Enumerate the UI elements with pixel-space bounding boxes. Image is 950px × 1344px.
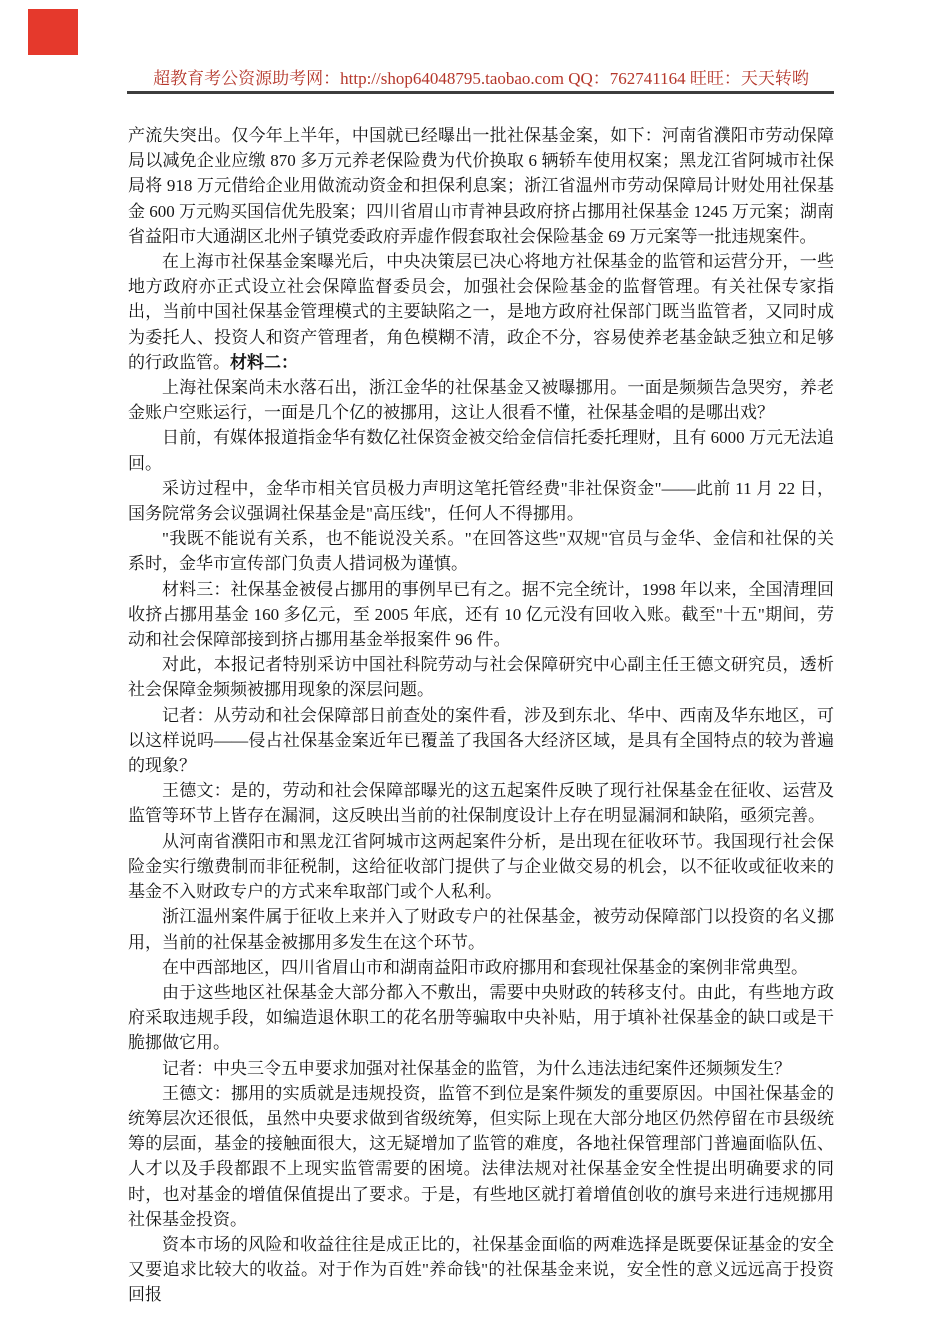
- paragraph: 在中西部地区，四川省眉山市和湖南益阳市政府挪用和套现社保基金的案例非常典型。: [128, 955, 834, 980]
- paragraph-text: 王德文：是的，劳动和社会保障部曝光的这五起案件反映了现行社保基金在征收、运营及监…: [128, 781, 834, 825]
- red-corner-marker: [28, 9, 78, 55]
- paragraph-text: 材料三：社保基金被侵占挪用的事例早已有之。据不完全统计，1998 年以来，全国清…: [128, 580, 834, 649]
- paragraph: 记者：中央三令五申要求加强对社保基金的监管，为什么违法违纪案件还频频发生？: [128, 1056, 834, 1081]
- paragraph-text: 资本市场的风险和收益往往是成正比的，社保基金面临的两难选择是既要保证基金的安全又…: [128, 1235, 834, 1304]
- paragraph: 产流失突出。仅今年上半年，中国就已经曝出一批社保基金案，如下：河南省濮阳市劳动保…: [128, 123, 834, 249]
- paragraph: 在上海市社保基金案曝光后，中央决策层已决心将地方社保基金的监管和运营分开，一些地…: [128, 249, 834, 375]
- paragraph-text: 记者：从劳动和社会保障部日前查处的案件看，涉及到东北、华中、西南及华东地区，可以…: [128, 706, 834, 775]
- site-header-text: 超教育考公资源助考网：http://shop64048795.taobao.co…: [153, 69, 809, 88]
- paragraph-text: 从河南省濮阳市和黑龙江省阿城市这两起案件分析，是出现在征收环节。我国现行社会保险…: [128, 832, 834, 901]
- paragraph: 上海社保案尚未水落石出，浙江金华的社保基金又被曝挪用。一面是频频告急哭穷，养老金…: [128, 375, 834, 425]
- paragraph-text: "我既不能说有关系，也不能说没关系。"在回答这些"双规"官员与金华、金信和社保的…: [128, 529, 834, 573]
- paragraph: 王德文：是的，劳动和社会保障部曝光的这五起案件反映了现行社保基金在征收、运营及监…: [128, 778, 834, 828]
- paragraph: 材料三：社保基金被侵占挪用的事例早已有之。据不完全统计，1998 年以来，全国清…: [128, 577, 834, 653]
- paragraph: 由于这些地区社保基金大部分都入不敷出，需要中央财政的转移支付。由此，有些地方政府…: [128, 980, 834, 1056]
- paragraph-text: 由于这些地区社保基金大部分都入不敷出，需要中央财政的转移支付。由此，有些地方政府…: [128, 983, 834, 1052]
- site-header: 超教育考公资源助考网：http://shop64048795.taobao.co…: [128, 64, 834, 89]
- paragraph-text: 产流失突出。仅今年上半年，中国就已经曝出一批社保基金案，如下：河南省濮阳市劳动保…: [128, 126, 834, 246]
- paragraph-text: 浙江温州案件属于征收上来并入了财政专户的社保基金，被劳动保障部门以投资的名义挪用…: [128, 907, 834, 951]
- paragraph-text: 对此，本报记者特别采访中国社科院劳动与社会保障研究中心副主任王德文研究员，透析社…: [128, 655, 834, 699]
- paragraph-text: 上海社保案尚未水落石出，浙江金华的社保基金又被曝挪用。一面是频频告急哭穷，养老金…: [128, 378, 834, 422]
- paragraph-text: 王德文：挪用的实质就是违规投资，监管不到位是案件频发的重要原因。中国社保基金的统…: [128, 1084, 834, 1229]
- paragraph-text: 记者：中央三令五申要求加强对社保基金的监管，为什么违法违纪案件还频频发生？: [162, 1059, 791, 1078]
- document-body: 产流失突出。仅今年上半年，中国就已经曝出一批社保基金案，如下：河南省濮阳市劳动保…: [128, 123, 834, 1308]
- paragraph-text: 在中西部地区，四川省眉山市和湖南益阳市政府挪用和套现社保基金的案例非常典型。: [162, 958, 808, 977]
- paragraph: 浙江温州案件属于征收上来并入了财政专户的社保基金，被劳动保障部门以投资的名义挪用…: [128, 904, 834, 954]
- paragraph: 从河南省濮阳市和黑龙江省阿城市这两起案件分析，是出现在征收环节。我国现行社会保险…: [128, 829, 834, 905]
- document-page: 超教育考公资源助考网：http://shop64048795.taobao.co…: [0, 0, 950, 1344]
- paragraph: 资本市场的风险和收益往往是成正比的，社保基金面临的两难选择是既要保证基金的安全又…: [128, 1232, 834, 1308]
- paragraph-text: 采访过程中，金华市相关官员极力声明这笔托管经费"非社保资金"——此前 11 月 …: [128, 479, 834, 523]
- paragraph: 日前，有媒体报道指金华有数亿社保资金被交给金信信托委托理财，且有 6000 万元…: [128, 425, 834, 475]
- paragraph: 记者：从劳动和社会保障部日前查处的案件看，涉及到东北、华中、西南及华东地区，可以…: [128, 703, 834, 779]
- paragraph: 王德文：挪用的实质就是违规投资，监管不到位是案件频发的重要原因。中国社保基金的统…: [128, 1081, 834, 1232]
- header-divider: [127, 91, 834, 94]
- paragraph: "我既不能说有关系，也不能说没关系。"在回答这些"双规"官员与金华、金信和社保的…: [128, 526, 834, 576]
- paragraph-text: 日前，有媒体报道指金华有数亿社保资金被交给金信信托委托理财，且有 6000 万元…: [128, 428, 834, 472]
- paragraph: 对此，本报记者特别采访中国社科院劳动与社会保障研究中心副主任王德文研究员，透析社…: [128, 652, 834, 702]
- paragraph: 采访过程中，金华市相关官员极力声明这笔托管经费"非社保资金"——此前 11 月 …: [128, 476, 834, 526]
- paragraph-bold-text: 材料二：: [230, 353, 298, 372]
